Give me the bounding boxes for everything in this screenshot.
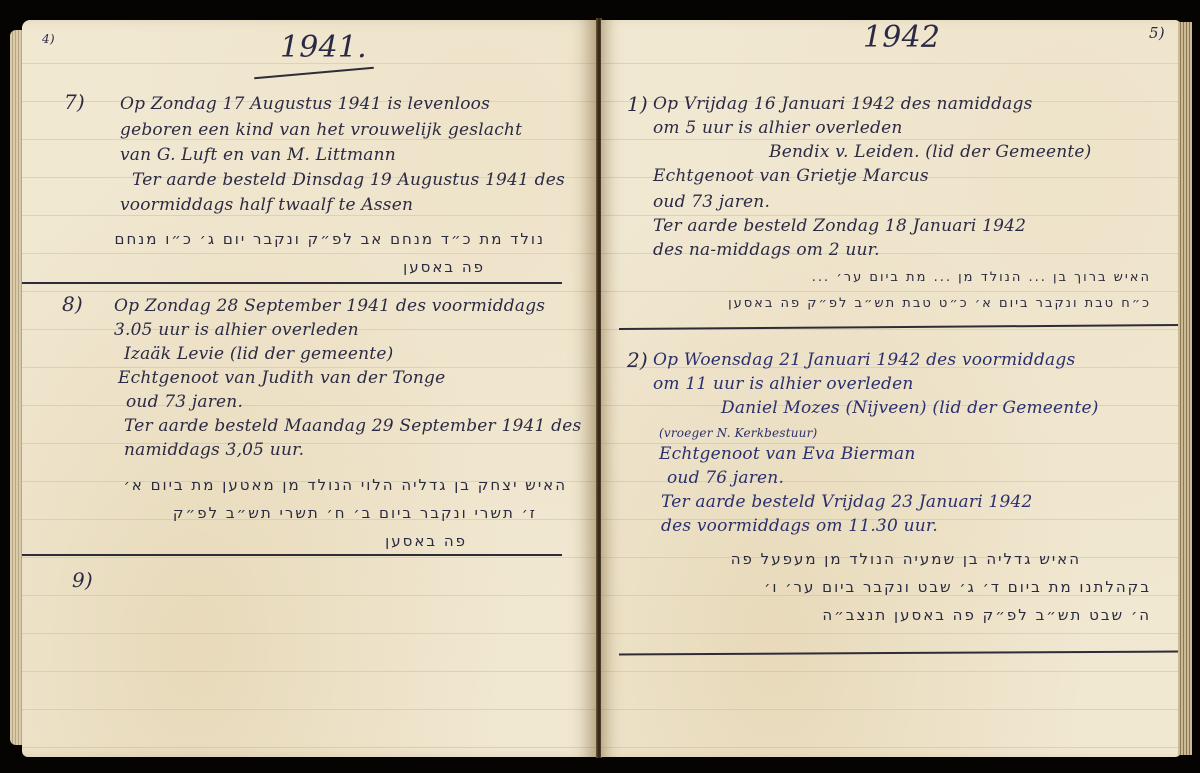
entry-number: 9) (72, 568, 93, 592)
entry-number: 8) (62, 292, 83, 316)
entry-line: oud 76 jaren. (667, 468, 784, 488)
entry-line: Izaäk Levie (lid der gemeente) (124, 344, 393, 364)
page-edges-right (1178, 22, 1192, 755)
entry-line: Echtgenoot van Judith van der Tonge (118, 368, 445, 388)
year-underline (254, 67, 374, 79)
entry-line: oud 73 jaren. (653, 192, 770, 212)
entry-divider (22, 554, 562, 556)
entry-divider (22, 282, 562, 284)
entry-line: des na-middags om 2 uur. (653, 240, 880, 260)
entry-line: Op Zondag 17 Augustus 1941 is levenloos (120, 94, 490, 114)
hebrew-line: האיש גדליה בן שמעיה הנולד מן מעפעל פה (731, 550, 1081, 568)
entry-line: om 5 uur is alhier overleden (653, 118, 903, 138)
left-page: 4) 1941. 7) Op Zondag 17 Augustus 1941 i… (22, 20, 597, 757)
entry-line: Op Zondag 28 September 1941 des voormidd… (114, 296, 545, 316)
entry-line: Op Vrijdag 16 Januari 1942 des namiddags (653, 94, 1033, 114)
hebrew-line: נולד מת כ״ד מנחם אב לפ״ק ונקבר יום ג׳ כ״… (115, 230, 546, 248)
entry-line: voormiddags half twaalf te Assen (120, 195, 413, 215)
entry-line: geboren een kind van het vrouwelijk gesl… (120, 120, 522, 140)
entry-line: Echtgenoot van Eva Bierman (659, 444, 915, 464)
entry-line: Daniel Mozes (Nijveen) (lid der Gemeente… (721, 398, 1099, 418)
hebrew-line: ה׳ שבט תש״ב לפ״ק פה באסען תנצב״ה (822, 606, 1151, 624)
hebrew-line: ז׳ תשרי ונקבר ביום ב׳ ח׳ תשרי תש״ב לפ״ק (173, 504, 537, 522)
entry-divider (619, 324, 1181, 329)
entry-line: Ter aarde besteld Dinsdag 19 Augustus 19… (132, 170, 565, 190)
page-number: 5) (1149, 24, 1165, 42)
page-number: 4) (42, 32, 55, 46)
entry-line: om 11 uur is alhier overleden (653, 374, 914, 394)
entry-line: Ter aarde besteld Maandag 29 September 1… (124, 416, 581, 436)
hebrew-line: האיש ברוך בן ... הנולד מן ... מת ביום ער… (812, 270, 1151, 285)
entry-line: Echtgenoot van Grietje Marcus (653, 166, 929, 186)
year-heading: 1942 (863, 20, 940, 55)
entry-line: (vroeger N. Kerkbestuur) (659, 426, 817, 440)
hebrew-line: האיש יצחק בן גדליה הלוי הנולד מן מאטען מ… (124, 476, 567, 494)
entry-line: Ter aarde besteld Zondag 18 Januari 1942 (653, 216, 1026, 236)
entry-number: 1) (627, 92, 648, 116)
right-page: 1942 5) 1) Op Vrijdag 16 Januari 1942 de… (601, 20, 1181, 757)
entry-line: Op Woensdag 21 Januari 1942 des voormidd… (653, 350, 1075, 370)
entry-line: des voormiddags om 11.30 uur. (661, 516, 938, 536)
entry-number: 2) (627, 348, 648, 372)
entry-number: 7) (64, 90, 85, 114)
entry-divider (619, 651, 1181, 655)
entry-line: oud 73 jaren. (126, 392, 243, 412)
entry-line: 3.05 uur is alhier overleden (114, 320, 359, 340)
hebrew-line: בקהלתנו מת ביום ד׳ ג׳ שבט ונקבר ביום ער׳… (764, 578, 1151, 596)
hebrew-line: פה באסען (403, 258, 485, 276)
entry-line: Bendix v. Leiden. (lid der Gemeente) (769, 142, 1092, 162)
hebrew-line: כ״ח טבת ונקבר ביום א׳ כ״ט טבת תש״ב לפ״ק … (728, 296, 1151, 311)
hebrew-line: פה באסען (385, 532, 467, 550)
year-heading: 1941. (280, 30, 367, 65)
entry-line: van G. Luft en van M. Littmann (120, 145, 396, 165)
entry-line: namiddags 3,05 uur. (124, 440, 304, 460)
entry-line: Ter aarde besteld Vrijdag 23 Januari 194… (661, 492, 1033, 512)
